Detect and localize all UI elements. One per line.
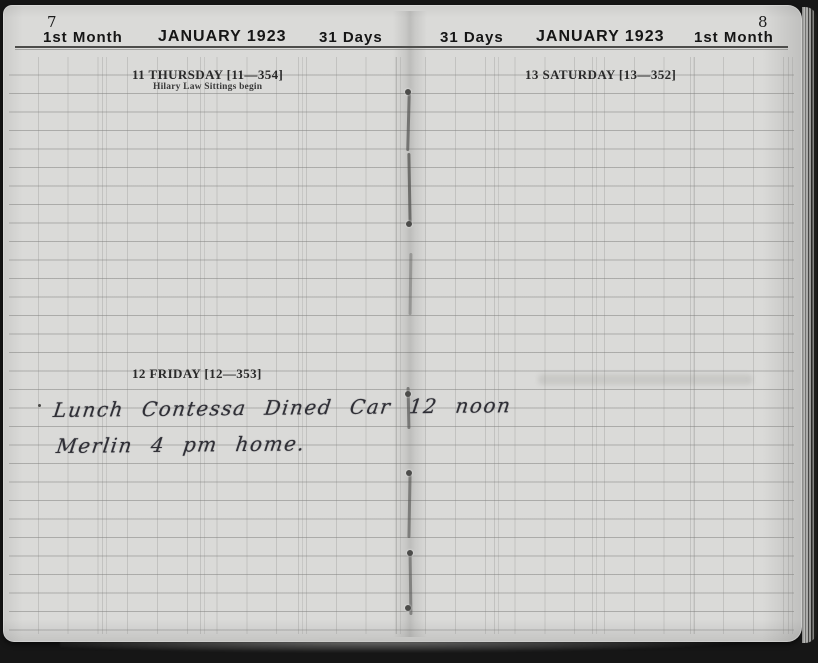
entry-heading-friday: 12 FRIDAY [12—353] — [132, 366, 262, 382]
handwriting-line-1: Lunch Contessa Dined Car 12 noon — [52, 393, 513, 422]
left-month-label: 1st Month — [43, 29, 123, 46]
entry-heading-thursday: 11 THURSDAY [11—354] — [132, 67, 283, 83]
book-page-edges — [802, 7, 817, 643]
diary-photo: 7 1st Month JANUARY 1923 31 Days 31 Days… — [0, 0, 818, 663]
bottom-page-curl — [60, 641, 750, 653]
handwriting-line-2: Merlin 4 pm home. — [55, 431, 307, 458]
diary-page-spread: 7 1st Month JANUARY 1923 31 Days 31 Days… — [3, 5, 802, 642]
stitch-knot — [406, 470, 412, 476]
stitch-knot — [405, 605, 411, 611]
entry-note-thursday: Hilary Law Sittings begin — [153, 82, 262, 92]
right-days-label: 31 Days — [440, 29, 504, 46]
stitch-knot — [407, 550, 413, 556]
left-days-label: 31 Days — [319, 29, 383, 46]
left-month-title: JANUARY 1923 — [158, 28, 287, 46]
right-page-number: 8 — [758, 13, 768, 31]
right-month-label: 1st Month — [694, 29, 774, 46]
stitch-knot — [405, 89, 411, 95]
stitch-knot — [406, 221, 412, 227]
bleed-through-smudge — [538, 374, 753, 385]
entry-heading-saturday: 13 SATURDAY [13—352] — [525, 67, 676, 83]
right-month-title: JANUARY 1923 — [536, 28, 665, 46]
ink-speck — [38, 404, 41, 407]
